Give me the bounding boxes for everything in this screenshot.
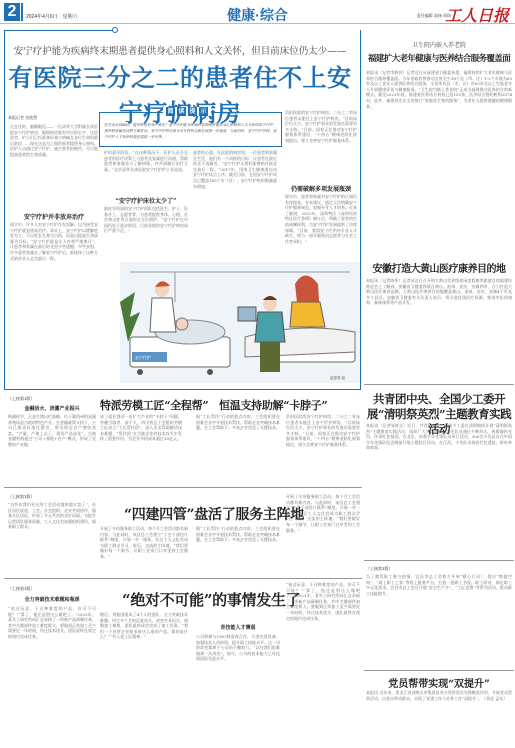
bottom-mid-col-3c: “钻这玩意，干这种难度的产品，你可不可能？”“算了，他还是别这么做吧了。”202…: [286, 582, 360, 746]
bottom-mid-headline-1: 特派劳模工匠“全程帮” 恒温支持助解“卡脖子”: [100, 397, 327, 413]
lead-col4b-text: 现实中，患者和家属对安宁疗护的认知仍有待提高。专家建议，通过立法明确安宁疗护服务…: [285, 194, 357, 244]
lead-col1: 正在这时，脑颤眼见——一位清华大学附属长庚医院安宁疗护病房，眼间病房都有对应的名…: [10, 124, 98, 210]
bottom-left-text-1: 秋播时节，正是生猪出栏高峰。位于湘西州的双溪养殖场是当地的特色产业。在金融政策支…: [8, 414, 96, 448]
bottom-mid-headline-3: “绝对不可能”的事情发生了: [122, 589, 300, 610]
lead-col2-text: 护的最早阶段，“在这种情况下，医护人员会在患者的医疗决策上与患者及家属进行沟通，…: [104, 150, 188, 172]
bottom-left-text-3: “钻这玩意，干这种难度的产品，你可不可能？”“算了，他还是别这么做吧了。”202…: [8, 606, 96, 640]
right-divider-1: [364, 384, 514, 385]
bottom-mid-text-1b: 据“工匠帮扶”行动的重点内容，工会组织要在困难企业中开展技术帮扶，帮助企业突破技…: [196, 414, 280, 431]
illustration-credit: 赵春青 绘: [330, 376, 345, 381]
bottom-mid-col-3a: 随后，刘振国组成了4个人的团队，全力突破技术难题。经过多个月的反复攻关，改变夹具…: [100, 612, 188, 746]
bottom-divider-2: [4, 578, 362, 579]
bottom-mid-text-3c: “钻这玩意，干这种难度的产品，你可不可能？”“算了，他还是别这么做吧了。”202…: [286, 582, 360, 621]
right-bottom-body-text: 本报讯（记者邹倩文）近日，共青团中央、全国少工委在清明期间开展“清明祭英烈”主题…: [366, 423, 512, 451]
right-top-body-text: 本报讯（记者李润钊）记者近日从福建省卫健委获悉，福建持续扩大老年健康与医养结合服…: [366, 70, 512, 109]
bottom-mid-col-2: 开展了多项服务职工活动，每个月工会活动都有新内容。与此同时，该区总工会建立“工会…: [100, 526, 188, 570]
bottom-mid-text-1a: 成了就业推动一步扩大产业的“卡脖子”问题，劳模引路者。前不久，四川省总工会组织劳…: [100, 414, 182, 442]
read-tip-char: 示: [199, 107, 208, 116]
right-divider-2: [364, 560, 514, 561]
bottom-divider-1: [4, 487, 362, 488]
hospice-illustration: 安宁疗护: [120, 262, 360, 383]
lead-col2: 护的最早阶段，“在这种情况下，医护人员会在患者的医疗决策上与患者及家属进行沟通，…: [104, 150, 188, 186]
bottom-mid-headline-2: “四建四管”盘活了服务主阵地: [124, 504, 304, 524]
read-tip-char: 读: [177, 107, 186, 116]
bottom-mid-text-3a: 随后，刘振国组成了4个人的团队，全力突破技术难题。经过多个月的反复攻关，改变夹具…: [100, 612, 188, 640]
read-tip-text: 在生命走到最后，能否获得有尊严地走？安宁疗护能为疾病终末期患者提供身心照料和人文…: [104, 122, 278, 140]
page-header: 2 2024年4月6日 星期六 健康·综合 责任编辑 高扬 周琦 工人日报: [0, 0, 515, 24]
frame-dot-ornament: [112, 27, 118, 33]
right-top-kicker: 卫生院内嵌入养老院: [365, 40, 513, 49]
bottom-left-tag-3: （上接第1版）: [8, 586, 35, 592]
bottom-mid-col-2c: 开展了多项服务职工活动，每个月工会活动都有新内容。与此同时，该区总工会建立“工会…: [286, 494, 360, 570]
lead-col3: 患者的心愿。在医院的病房里，一位患者和家属在生活，他们有一个同样的目标：让患者在…: [193, 150, 277, 260]
lead-kicker: 安宁疗护能为疾病终末期患者提供身心照料和人文关怀，但目前床位仍太少——: [0, 43, 360, 57]
bottom-mid-col-1b: 据“工匠帮扶”行动的重点内容，工会组织要在困难企业中开展技术帮扶，帮助企业突破技…: [196, 414, 280, 482]
bottom-left-tag-2: （上接第1版）: [8, 494, 35, 500]
bottom-left-col-2: “这些年我们社区的工会活动越来越丰富了”，社区居民说道。工会、社会组织、企业共同…: [8, 502, 96, 568]
bottom-mid-col-1a: 成了就业推动一步扩大产业的“卡脖子”问题，劳模引路者。前不久，四川省总工会组织劳…: [100, 414, 182, 482]
bottom-left-col-3: “钻这玩意，干这种难度的产品，你可不可能？”“算了，他还是别这么做吧了。”202…: [8, 606, 96, 746]
lead-col1b-text: 现实中，许多人对安宁疗护存在误解，以为接受安宁疗护就是放弃治疗。事实上，安宁疗护…: [10, 222, 98, 261]
bottom-mid-text-2: 开展了多项服务职工活动，每个月工会活动都有新内容。与此同时，该区总工会建立“工会…: [100, 526, 188, 560]
lead-col4-text: 负担医院的安宁疗护病房，二分之二有床位患者未能住上安宁疗护病房。“目前床位仍太少…: [285, 110, 357, 144]
lead-col1-text: 正在这时，脑颤眼见——一位清华大学附属长庚医院安宁疗护病房，眼间病房都有对应的名…: [10, 124, 98, 158]
lead-col3-text: 患者的心愿。在医院的病房里，一位患者和家属在生活，他们有一个同样的目标：让患者在…: [193, 150, 277, 189]
lead-col4-subhead: 仍需破解多项发展瓶颈: [285, 184, 357, 193]
right-top-body: 本报讯（记者李润钊）记者近日从福建省卫健委获悉，福建持续扩大老年健康与医养结合服…: [366, 70, 512, 242]
lead-col1b: 现实中，许多人对安宁疗护存在误解，以为接受安宁疗护就是放弃治疗。事实上，安宁疗护…: [10, 222, 98, 386]
bottom-left-col-1: 秋播时节，正是生猪出栏高峰。位于湘西州的双溪养殖场是当地的特色产业。在金融政策支…: [8, 414, 96, 482]
read-tip-char: 阅: [166, 107, 175, 116]
bottom-mid-col-2b: 据“工匠帮扶”行动的重点内容，工会组织要在困难企业中开展技术帮扶，帮助企业突破技…: [196, 526, 280, 570]
right-last-headline: 党员帮带实现“双提升”: [365, 675, 513, 690]
bottom-mid-text-2b: 据“工匠帮扶”行动的重点内容，工会组织要在困难企业中开展技术帮扶，帮助企业突破技…: [196, 526, 280, 543]
read-tip-title: 阅 读 提 示: [163, 107, 211, 116]
lead-col2b-text: 陆柱军所说的安宁疗护团队包括医生、护士、医务社工、志愿者等，为患者提供身体、心理…: [104, 206, 188, 234]
right-last-tag: （上接第1版）: [366, 566, 393, 572]
bottom-mid-text-1c: 负担医院的安宁疗护病房，二分之二有床位患者未能住上安宁疗护病房。“目前床位仍太少…: [286, 414, 360, 448]
bottom-left-tag-1: （上接第1版）: [8, 396, 35, 402]
bottom-mid-col-1c: 负担医院的安宁疗护病房，二分之二有床位患者未能住上安宁疗护病房。“目前床位仍太少…: [286, 414, 360, 482]
frame-top-line: [4, 30, 114, 31]
right-last-body: 本报讯 近年来，黑龙江省双鸭山市集贤县充分发挥党员先锋模范作用，开展党员帮带活动…: [366, 690, 512, 746]
right-top-headline: 福建扩大老年健康与医养结合服务覆盖面: [365, 52, 513, 64]
bottom-left-text-2: “这些年我们社区的工会活动越来越丰富了”，社区居民说道。工会、社会组织、企业共同…: [8, 502, 96, 530]
lead-byline: 本报记者 宣欣然: [8, 115, 37, 121]
bottom-left-subhead-1: 金融活水，浇灌产业振兴: [8, 405, 96, 412]
right-mid-body: 本报讯（记者陈华）记者从近日召开的大黄山世界级休闲度假康养旅游目的地建设推进会上…: [366, 278, 512, 378]
lead-col4: 负担医院的安宁疗护病房，二分之二有床位患者未能住上安宁疗护病房。“目前床位仍太少…: [285, 110, 357, 182]
illustration-drawing: 安宁疗护: [120, 262, 360, 383]
right-mid-headline: 安徽打造大黄山医疗康养目的地: [365, 260, 513, 275]
right-mid-body-text: 本报讯（记者陈华）记者从近日召开的大黄山世界级休闲度假康养旅游目的地建设推进会上…: [366, 278, 512, 306]
masthead-logo: 工人日报: [445, 3, 509, 26]
right-bottom-body: 本报讯（记者邹倩文）近日，共青团中央、全国少工委在清明期间开展“清明祭英烈”主题…: [366, 423, 512, 543]
bottom-mid-subhead-3b: 育技能人才薄弱: [196, 624, 280, 631]
right-last-text-content: 为了激发职工参与热情，宜昌市总工会着力开展“暖心行动”，推出“数据空间”、“网上…: [366, 574, 512, 596]
bottom-mid-text-2c: 开展了多项服务职工活动，每个月工会活动都有新内容。与此同时，该区总工会建立“工会…: [286, 494, 360, 533]
lead-col2b: 陆柱军所说的安宁疗护团队包括医生、护士、医务社工、志愿者等，为患者提供身体、心理…: [104, 206, 188, 260]
right-divider-3: [364, 670, 514, 671]
bottom-mid-col-3b: 公司积极与CNC制造商合作，引进先进设备，加强技术人员培训，提升职工技能水平。这…: [196, 634, 280, 746]
bottom-mid-text-3b: 公司积极与CNC制造商合作，引进先进设备，加强技术人员培训，提升职工技能水平。这…: [196, 634, 280, 662]
lead-col2-subhead: “安宁疗护床位太少了”: [104, 196, 188, 205]
bottom-left-subhead-3: 全力突破技术难题和瓶颈: [8, 596, 96, 603]
bed-label: 安宁疗护: [135, 354, 151, 360]
lead-col1-subhead: 安宁疗护并非放弃治疗: [10, 212, 98, 221]
right-last-body-text: 本报讯 近年来，黑龙江省双鸭山市集贤县充分发挥党员先锋模范作用，开展党员帮带活动…: [366, 690, 512, 701]
read-tip-char: 提: [188, 107, 197, 116]
right-last-text: 为了激发职工参与热情，宜昌市总工会着力开展“暖心行动”，推出“数据空间”、“网上…: [366, 574, 512, 667]
